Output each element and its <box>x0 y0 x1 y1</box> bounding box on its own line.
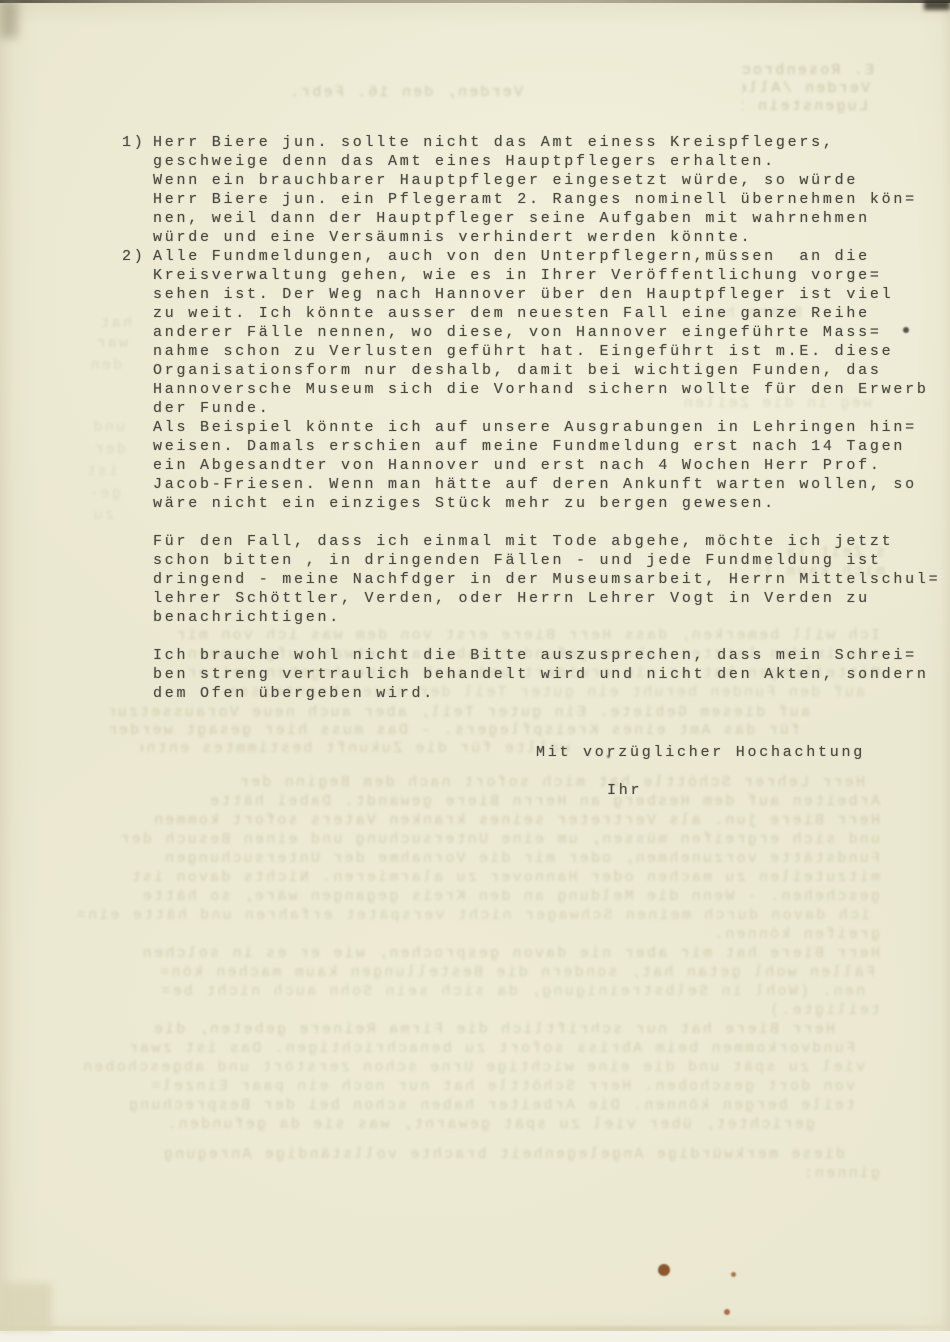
bleedthrough-line: ich davon durch meinen Schwager nicht ve… <box>65 908 870 925</box>
scan-top-edge <box>0 0 950 3</box>
text-line: dringend - meine Nachfdger in der Museum… <box>153 570 943 589</box>
scanned-letter-page: E. RosenbrockVerden /AllerLugenstein 14V… <box>0 0 950 1342</box>
item-text: Alle Fundmeldungen, auch von den Unterpf… <box>153 247 929 513</box>
bleedthrough-line: mitzuteilen zu machen oder Hannover zu a… <box>65 870 880 887</box>
bleedthrough-line: ginnen: <box>795 1166 880 1183</box>
bleedthrough-line: Fundstätte vorzunehmen, oder mir die Vor… <box>65 851 880 868</box>
numbered-item-2: 2) Alle Fundmeldungen, auch von den Unte… <box>122 247 932 513</box>
text-line: nen, weil dann der Hauptpfleger seine Au… <box>153 209 917 228</box>
bleedthrough-line: Verden, den 16. Febr. 1950 <box>285 85 523 102</box>
stain-speck <box>658 1264 670 1276</box>
bleedthrough-line: E. Rosenbrock <box>742 63 874 80</box>
text-line: weisen. Damals erschien auf meine Fundme… <box>153 437 929 456</box>
bleedthrough-line: für das Amt eines Kreispflegers. - Das m… <box>110 723 800 740</box>
text-line: geschweige denn das Amt eines Hauptpfleg… <box>153 152 917 171</box>
text-line: der Funde. <box>153 399 929 418</box>
stain-speck <box>903 327 909 333</box>
numbered-item-1: 1) Herr Biere jun. sollte nicht das Amt … <box>122 133 932 247</box>
scan-corner-shadow-tr <box>924 0 950 10</box>
text-line: sehen ist. Der Weg nach Hannover über de… <box>153 285 929 304</box>
scan-corner-shadow-bl <box>0 1283 52 1331</box>
bleedthrough-line: Verden /Aller <box>742 81 870 98</box>
bleedthrough-line: und sich ergreifen müssen, um eine Unter… <box>65 832 880 849</box>
item-marker: 1) <box>122 133 153 152</box>
text-line: Ich brauche wohl nicht die Bitte auszusp… <box>153 646 943 665</box>
bleedthrough-line: geschehen. - Wenn die Meldung an den Kre… <box>65 889 880 906</box>
closing-salutation: Mit vorzüglicher Hochachtung <box>536 743 865 762</box>
stain-speck <box>731 1272 736 1277</box>
text-line: Alle Fundmeldungen, auch von den Unterpf… <box>153 247 929 266</box>
bleedthrough-line: ist <box>68 464 118 481</box>
bleedthrough-line: war <box>74 336 128 353</box>
text-line: zu weit. Ich könnte ausser dem neuesten … <box>153 304 929 323</box>
bleedthrough-line: viel zu spät und die eine wichtige Urne … <box>65 1060 865 1077</box>
text-line: lehrer Schöttler, Verden, oder Herrn Leh… <box>153 589 943 608</box>
text-line: Für den Fall, dass ich einmal mit Tode a… <box>153 532 943 551</box>
stain-speck <box>607 755 610 758</box>
bleedthrough-line: Herr Lehrer Schöttle hat mich sofort nac… <box>65 775 865 792</box>
bleedthrough-line: gerichtet, über viel zu spät gewarnt, wa… <box>95 1117 815 1134</box>
bleedthrough-line: teile bergen können. Die Arbeiter haben … <box>65 1098 855 1115</box>
bleedthrough-line: diese merkwürdige Angelegenheit brachte … <box>150 1147 845 1164</box>
text-line: Als Beispiel könnte ich auf unsere Ausgr… <box>153 418 929 437</box>
bleedthrough-line: Herr Biere jun. als Vertreter seines kra… <box>65 813 880 830</box>
signature-word: Ihr <box>607 781 642 800</box>
text-line: ben streng vertraulich behandelt wird un… <box>153 665 943 684</box>
bleedthrough-line: Fundvorkommen beim Abriss sofort zu bena… <box>65 1041 855 1058</box>
text-line: Herr Biere jun. ein Pflegeramt 2. Ranges… <box>153 190 917 209</box>
bleedthrough-line: ge- <box>66 486 121 503</box>
bleedthrough-line: teiligte.) <box>735 1003 880 1020</box>
scan-corner-shadow-tl <box>0 0 18 38</box>
text-line: Herr Biere jun. sollte nicht das Amt ein… <box>153 133 917 152</box>
text-line: schon bitten , in dringenden Fällen - un… <box>153 551 943 570</box>
bleedthrough-line: Herr Biere hat nur schriftlich die Firma… <box>65 1022 835 1039</box>
text-line: Organisationsform nur deshalb, damit bei… <box>153 361 929 380</box>
stain-speck <box>724 1309 730 1315</box>
bleedthrough-line: und <box>70 420 125 437</box>
bleedthrough-line: wollte für die Zukunft bestimmtes entneh… <box>140 741 570 758</box>
bleedthrough-line: Fällen wohl getan hat, sondern die Beste… <box>65 965 875 982</box>
bleedthrough-line: Ich will bemerken, dass Herr Biere erst … <box>95 628 880 645</box>
item-text: Herr Biere jun. sollte nicht das Amt ein… <box>153 133 917 247</box>
bleedthrough-line: zu <box>66 508 114 525</box>
text-line: wäre nicht ein einziges Stück mehr zu be… <box>153 494 929 513</box>
bleedthrough-line: den <box>72 358 122 375</box>
bleedthrough-line: greifen können. <box>700 927 880 944</box>
bleedthrough-line: Arbeiten auf dem Hesberg an Herrn Biere … <box>65 794 880 811</box>
bleedthrough-line: nen. (Wohl in Selbstreinigung, da sich s… <box>65 984 865 1001</box>
text-line: Hannoversche Museum sich die Vorhand sic… <box>153 380 929 399</box>
bleedthrough-line: der <box>68 442 126 459</box>
text-line: Jacob-Friesen. Wenn man hätte auf deren … <box>153 475 929 494</box>
text-line: Wenn ein brauchbarer Hauptpfleger einges… <box>153 171 917 190</box>
scan-background-strip <box>0 1331 950 1342</box>
text-line: ein Abgesandter von Hannover und erst na… <box>153 456 929 475</box>
text-line: dem Ofen übergeben wird. <box>153 684 943 703</box>
paragraph-confidentiality: Ich brauche wohl nicht die Bitte auszusp… <box>153 646 943 703</box>
bleedthrough-line: auf diesem Gebiete. Ein guter Teil, aber… <box>110 705 810 722</box>
text-line: benachrichtigen. <box>153 608 943 627</box>
paragraph-death-provision: Für den Fall, dass ich einmal mit Tode a… <box>153 532 943 627</box>
bleedthrough-line: von dort geschoben. Herr Schöttle hat nu… <box>65 1079 855 1096</box>
text-line: Kreisverwaltung gehen, wie es in Ihrer V… <box>153 266 929 285</box>
text-line: anderer Fälle nennen, wo diese, von Hann… <box>153 323 929 342</box>
item-marker: 2) <box>122 247 153 266</box>
bleedthrough-line: Herr Biere hat mir aber nie davon gespro… <box>65 946 880 963</box>
text-line: nahme schon zu Verlusten geführt hat. Ei… <box>153 342 929 361</box>
bleedthrough-line: Lugenstein 14 <box>742 99 868 116</box>
text-line: würde und eine Versäumnis verhindert wer… <box>153 228 917 247</box>
